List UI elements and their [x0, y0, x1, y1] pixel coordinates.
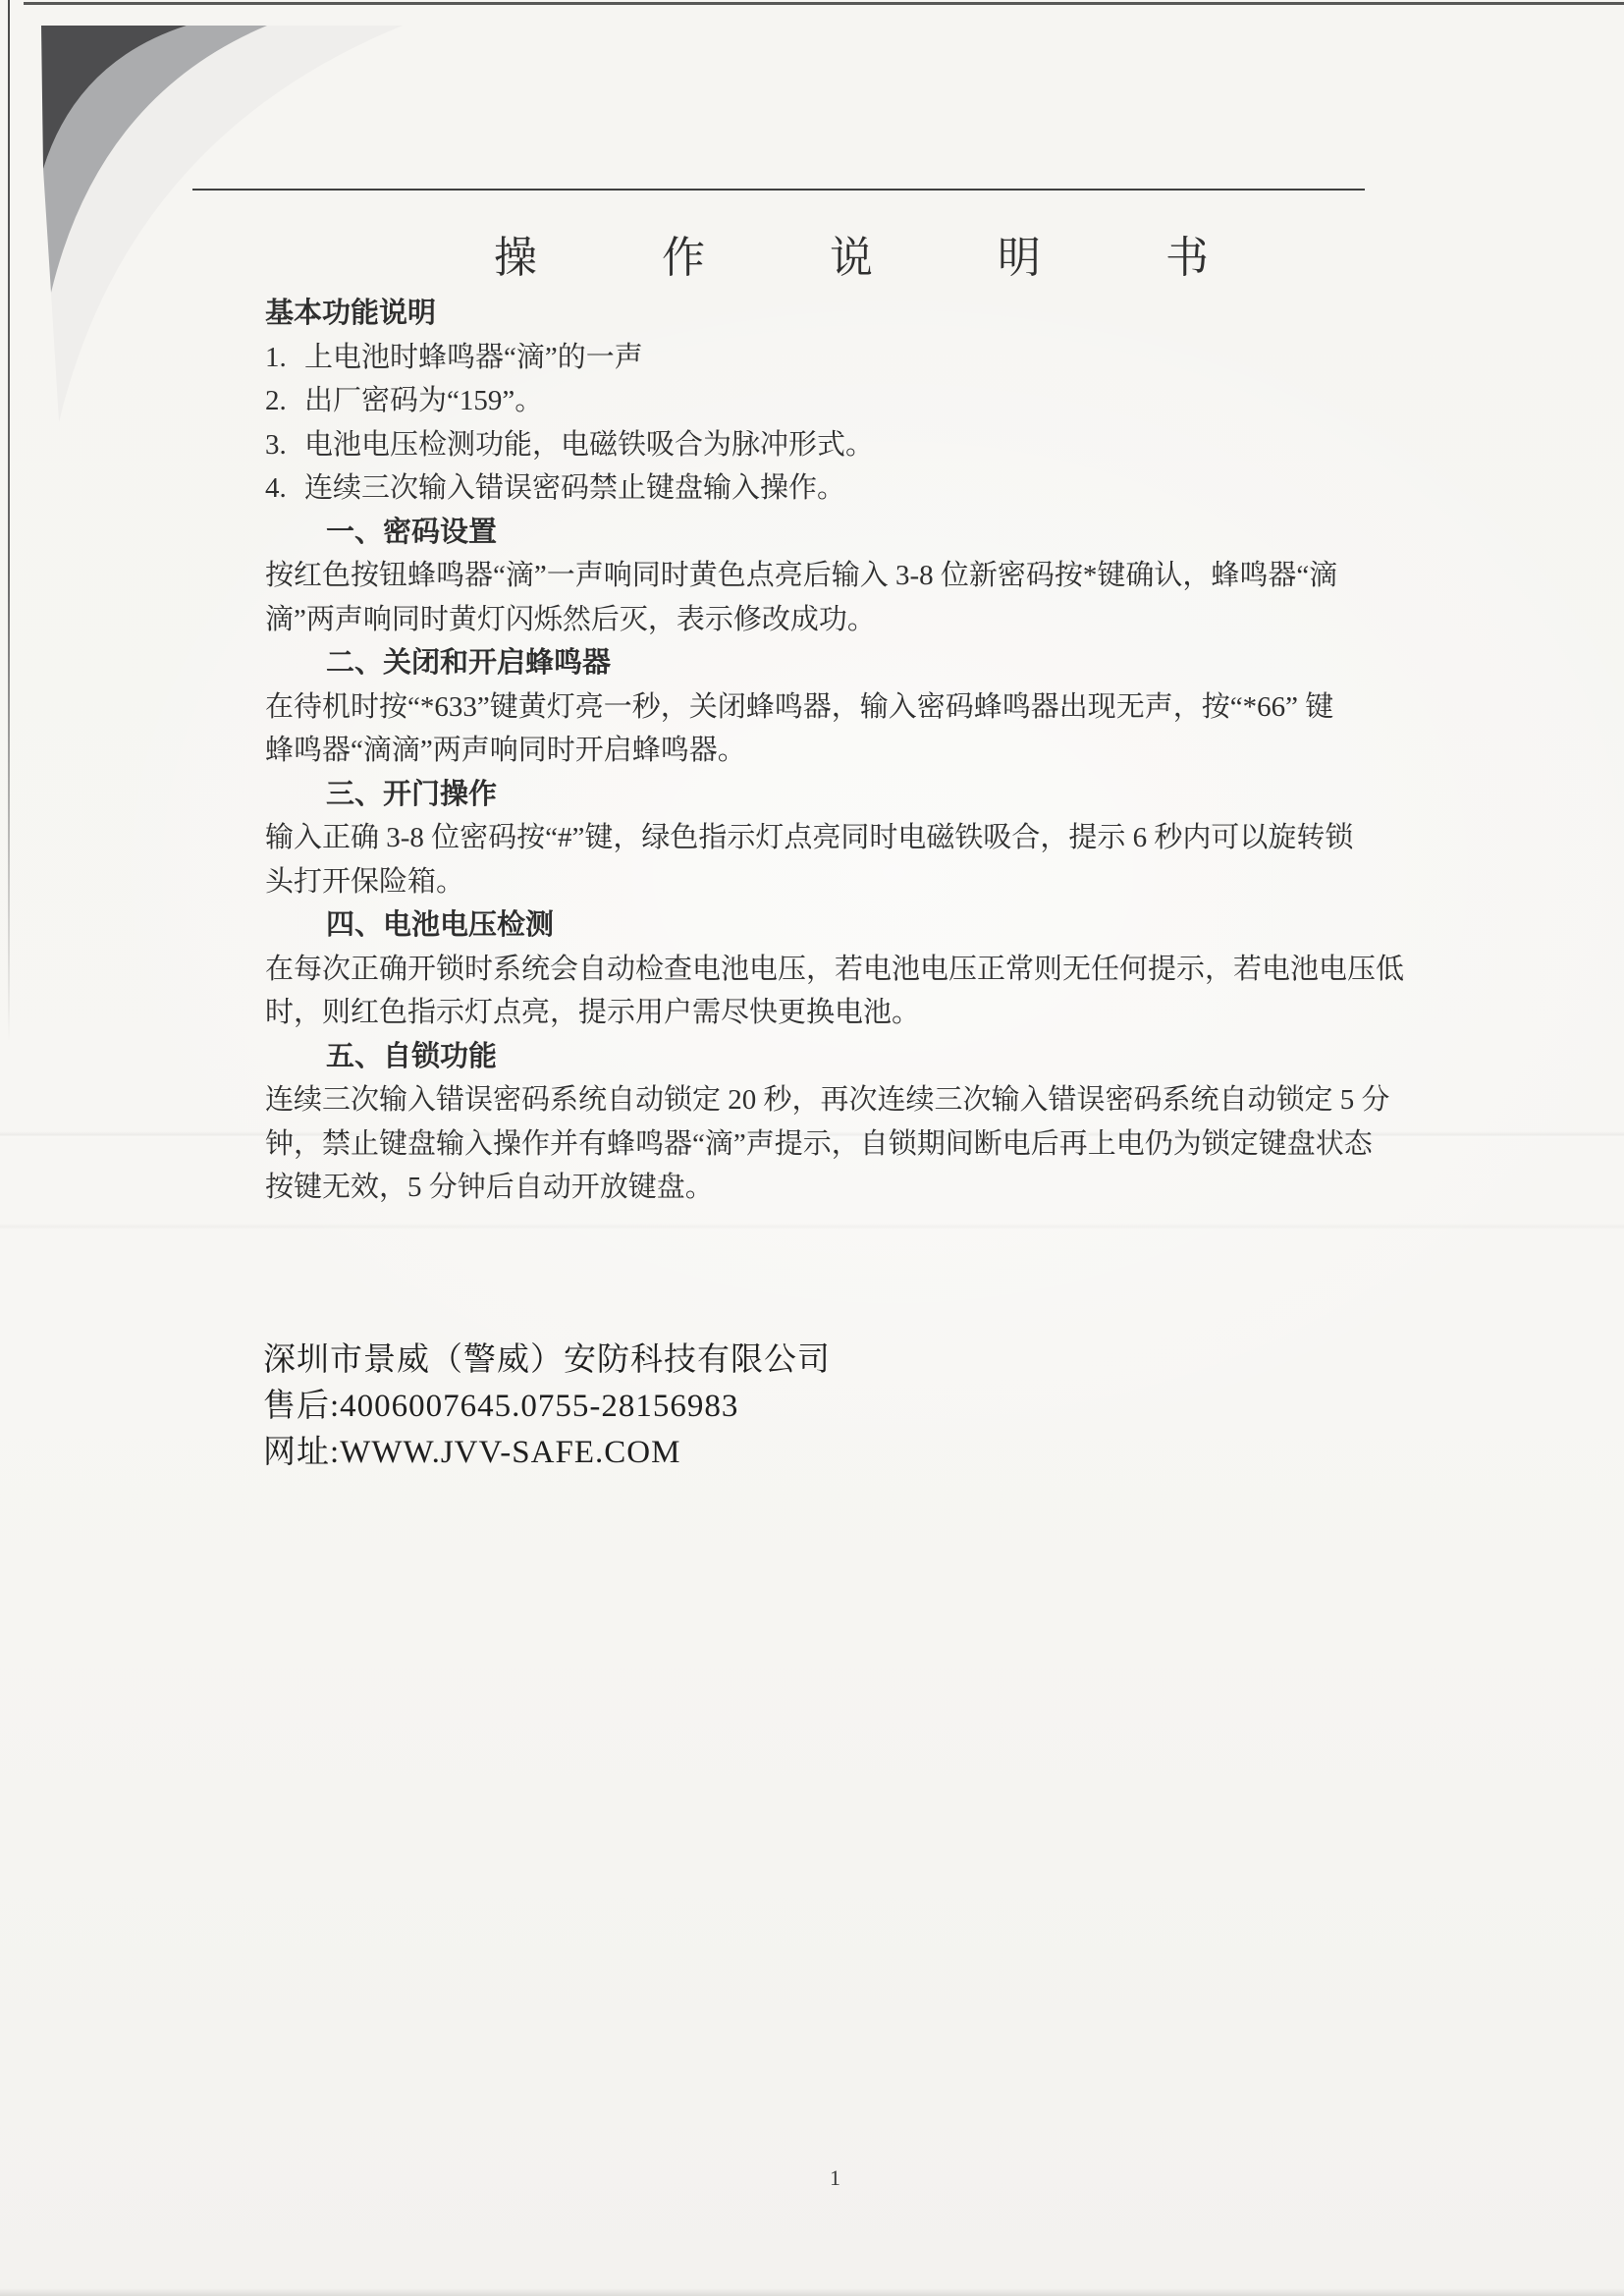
section-heading-door-open: 三、开门操作 [265, 773, 1483, 817]
intro-heading: 基本功能说明 [265, 292, 1483, 336]
body-line: 时，则红色指示灯点亮，提示用户需尽快更换电池。 [265, 991, 1483, 1035]
body-line: 在每次正确开锁时系统会自动检查电池电压，若电池电压正常则无任何提示，若电池电压低 [265, 948, 1483, 992]
page-title: 操 作 说 明 书 [494, 222, 1266, 285]
body-line: 按红色按钮蜂鸣器“滴”一声响同时黄色点亮后输入 3-8 位新密码按*键确认，蜂鸣… [265, 554, 1483, 598]
section-heading-self-lock: 五、自锁功能 [265, 1035, 1483, 1079]
company-name: 深圳市景威（警威）安防科技有限公司 [263, 1338, 831, 1384]
body-line: 滴”两声响同时黄灯闪烁然后灭，表示修改成功。 [265, 598, 1483, 642]
document-body: 基本功能说明 1.上电池时蜂鸣器“滴”的一声 2.出厂密码为“159”。 3.电… [265, 292, 1483, 1210]
section-heading-password-setting: 一、密码设置 [265, 511, 1483, 555]
list-item-number: 3. [265, 423, 291, 467]
body-line: 按键无效，5 分钟后自动开放键盘。 [265, 1166, 1483, 1210]
list-item: 1.上电池时蜂鸣器“滴”的一声 [265, 336, 1483, 380]
list-item: 3.电池电压检测功能，电磁铁吸合为脉冲形式。 [265, 423, 1483, 467]
paper-crease [0, 1224, 1624, 1230]
section-heading-battery-voltage: 四、电池电压检测 [265, 903, 1483, 948]
body-line: 在待机时按“*633”键黄灯亮一秒，关闭蜂鸣器，输入密码蜂鸣器出现无声，按“*6… [265, 685, 1483, 730]
body-line: 连续三次输入错误密码系统自动锁定 20 秒，再次连续三次输入错误密码系统自动锁定… [265, 1078, 1483, 1122]
scanned-document-page: 操 作 说 明 书 基本功能说明 1.上电池时蜂鸣器“滴”的一声 2.出厂密码为… [0, 0, 1624, 2296]
list-item-number: 1. [265, 336, 291, 380]
body-line: 输入正确 3-8 位密码按“#”键，绿色指示灯点亮同时电磁铁吸合，提示 6 秒内… [265, 816, 1483, 860]
body-line: 头打开保险箱。 [265, 860, 1483, 904]
list-item-text: 上电池时蜂鸣器“滴”的一声 [304, 342, 643, 373]
list-item-text: 电池电压检测功能，电磁铁吸合为脉冲形式。 [304, 429, 874, 461]
service-phone: 售后:4006007645.0755-28156983 [263, 1384, 831, 1430]
header-divider [192, 189, 1365, 191]
scan-edge-bottom [0, 2288, 1624, 2296]
website-url: 网址:WWW.JVV-SAFE.COM [263, 1430, 831, 1476]
section-heading-buzzer-on-off: 二、关闭和开启蜂鸣器 [265, 641, 1483, 685]
list-item: 2.出厂密码为“159”。 [265, 379, 1483, 423]
body-line: 蜂鸣器“滴滴”两声响同时开启蜂鸣器。 [265, 729, 1483, 773]
list-item-number: 4. [265, 466, 291, 511]
company-info-block: 深圳市景威（警威）安防科技有限公司 售后:4006007645.0755-281… [263, 1338, 831, 1476]
page-number: 1 [830, 2165, 840, 2191]
list-item: 4.连续三次输入错误密码禁止键盘输入操作。 [265, 466, 1483, 511]
body-line: 钟，禁止键盘输入操作并有蜂鸣器“滴”声提示，自锁期间断电后再上电仍为锁定键盘状态 [265, 1122, 1483, 1167]
list-item-text: 连续三次输入错误密码禁止键盘输入操作。 [304, 472, 845, 504]
list-item-text: 出厂密码为“159”。 [304, 385, 543, 416]
list-item-number: 2. [265, 379, 291, 423]
